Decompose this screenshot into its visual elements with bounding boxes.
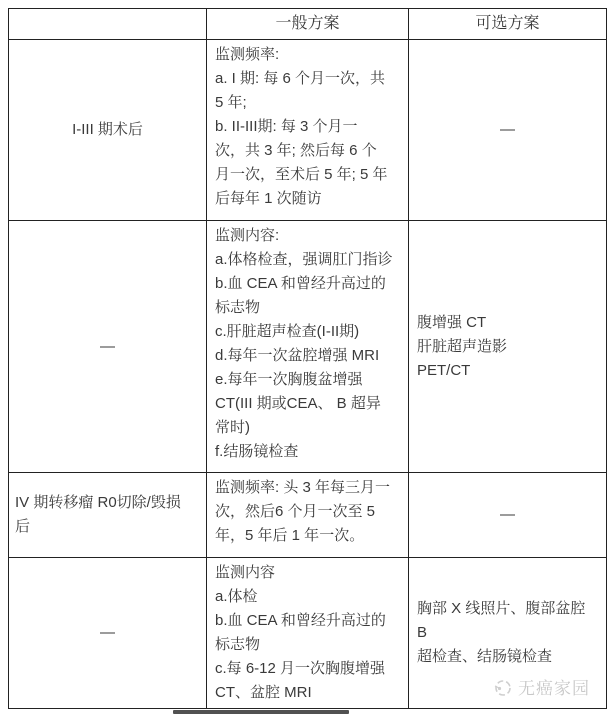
- optional-plan-dash: —: [409, 40, 607, 221]
- optional-plan-dash: —: [409, 473, 607, 558]
- row-label-dash: —: [9, 221, 207, 473]
- surveillance-plan-table: 一般方案 可选方案 I-III 期术后 监测频率: a. I 期: 每 6 个月…: [8, 8, 607, 709]
- table-row: IV 期转移瘤 R0切除/毁损 后 监测频率: 头 3 年每三月一 次，然后6 …: [9, 473, 607, 558]
- optional-plan-exams: 胸部 X 线照片、腹部盆腔 B 超检查、结肠镜检查: [409, 558, 607, 709]
- row-label-stage4-r0: IV 期转移瘤 R0切除/毁损 后: [9, 473, 207, 558]
- table-row: I-III 期术后 监测频率: a. I 期: 每 6 个月一次，共 5 年; …: [9, 40, 607, 221]
- header-row: 一般方案 可选方案: [9, 9, 607, 40]
- table-row: — 监测内容 a.体检 b.血 CEA 和曾经升高过的 标志物 c.每 6-12…: [9, 558, 607, 709]
- optional-plan-imaging: 腹增强 CT 肝脏超声造影 PET/CT: [409, 221, 607, 473]
- header-empty-cell: [9, 9, 207, 40]
- general-plan-frequency-stage1-3: 监测频率: a. I 期: 每 6 个月一次，共 5 年; b. II-III期…: [207, 40, 409, 221]
- page: 一般方案 可选方案 I-III 期术后 监测频率: a. I 期: 每 6 个月…: [0, 0, 612, 715]
- general-plan-content-stage1-3: 监测内容: a.体格检查，强调肛门指诊 b.血 CEA 和曾经升高过的 标志物 …: [207, 221, 409, 473]
- header-optional-plan: 可选方案: [409, 9, 607, 40]
- row-label-stage1-3-postop: I-III 期术后: [9, 40, 207, 221]
- bottom-bar: [173, 710, 349, 714]
- general-plan-frequency-stage4: 监测频率: 头 3 年每三月一 次，然后6 个月一次至 5 年，5 年后 1 年…: [207, 473, 409, 558]
- table-row: — 监测内容: a.体格检查，强调肛门指诊 b.血 CEA 和曾经升高过的 标志…: [9, 221, 607, 473]
- row-label-dash: —: [9, 558, 207, 709]
- header-general-plan: 一般方案: [207, 9, 409, 40]
- general-plan-content-stage4: 监测内容 a.体检 b.血 CEA 和曾经升高过的 标志物 c.每 6-12 月…: [207, 558, 409, 709]
